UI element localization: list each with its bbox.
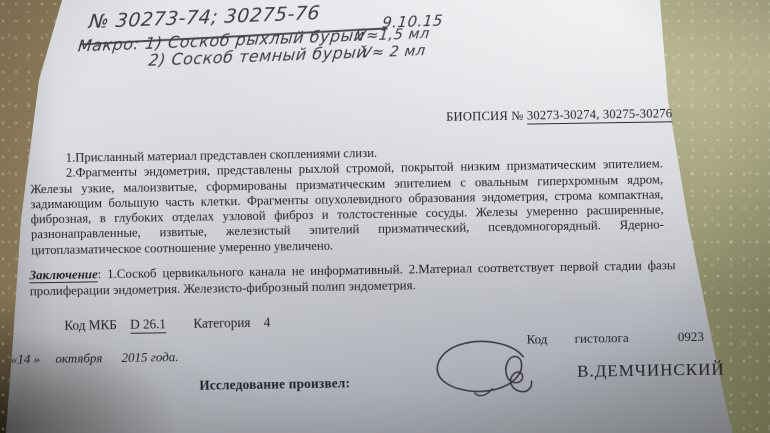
date-year: 2015 года. [121,349,178,365]
photo-scene: № 30273-74; 30275-76 9.10.15 Макро: 1) С… [0,0,770,433]
category-label: Категория [193,315,250,331]
handwritten-volume-2: V≈ 2 мл [361,43,427,62]
histologist-code-row: Код гистолога 0923 [527,329,704,348]
signature-scribble [433,336,542,402]
category-value: 4 [264,315,271,330]
conclusion-label: Заключение [29,267,97,283]
mkb-code-line: Код МКБ D 26.1 Категория 4 [64,315,270,334]
date-month: октября [55,350,102,366]
conclusion-text: : 1.Соскоб цервикального канала не инфор… [30,258,676,298]
date-day: «14 » [11,351,40,366]
histologist-name: В.ДЕМЧИНСКИЙ [577,359,725,381]
biopsy-number-line: БИОПСИЯ № 30273-30274, 30275-30276 [446,106,672,125]
document-date-line: «14 » октября 2015 года. [11,349,179,368]
conclusion-section: Заключение: 1.Соскоб цервикального канал… [29,258,675,300]
biopsy-numbers: 30273-30274, 30275-30276 [527,106,673,124]
performed-by-label: Исследование произвел: [199,375,350,393]
findings-item-2: 2.Фрагменты эндометрия, представлены рых… [30,157,664,259]
histologist-label-2: гистолога [575,330,629,346]
biopsy-label: БИОПСИЯ № [446,109,527,124]
mkb-label: Код МКБ [64,317,117,333]
document-content: № 30273-74; 30275-76 9.10.15 Макро: 1) С… [0,0,770,433]
handwritten-header: № 30273-74; 30275-76 9.10.15 Макро: 1) С… [75,0,508,88]
findings-section: 1.Присланный материал представлен скопле… [30,141,665,258]
mkb-value: D 26.1 [130,316,166,334]
histologist-code: 0923 [678,329,704,344]
